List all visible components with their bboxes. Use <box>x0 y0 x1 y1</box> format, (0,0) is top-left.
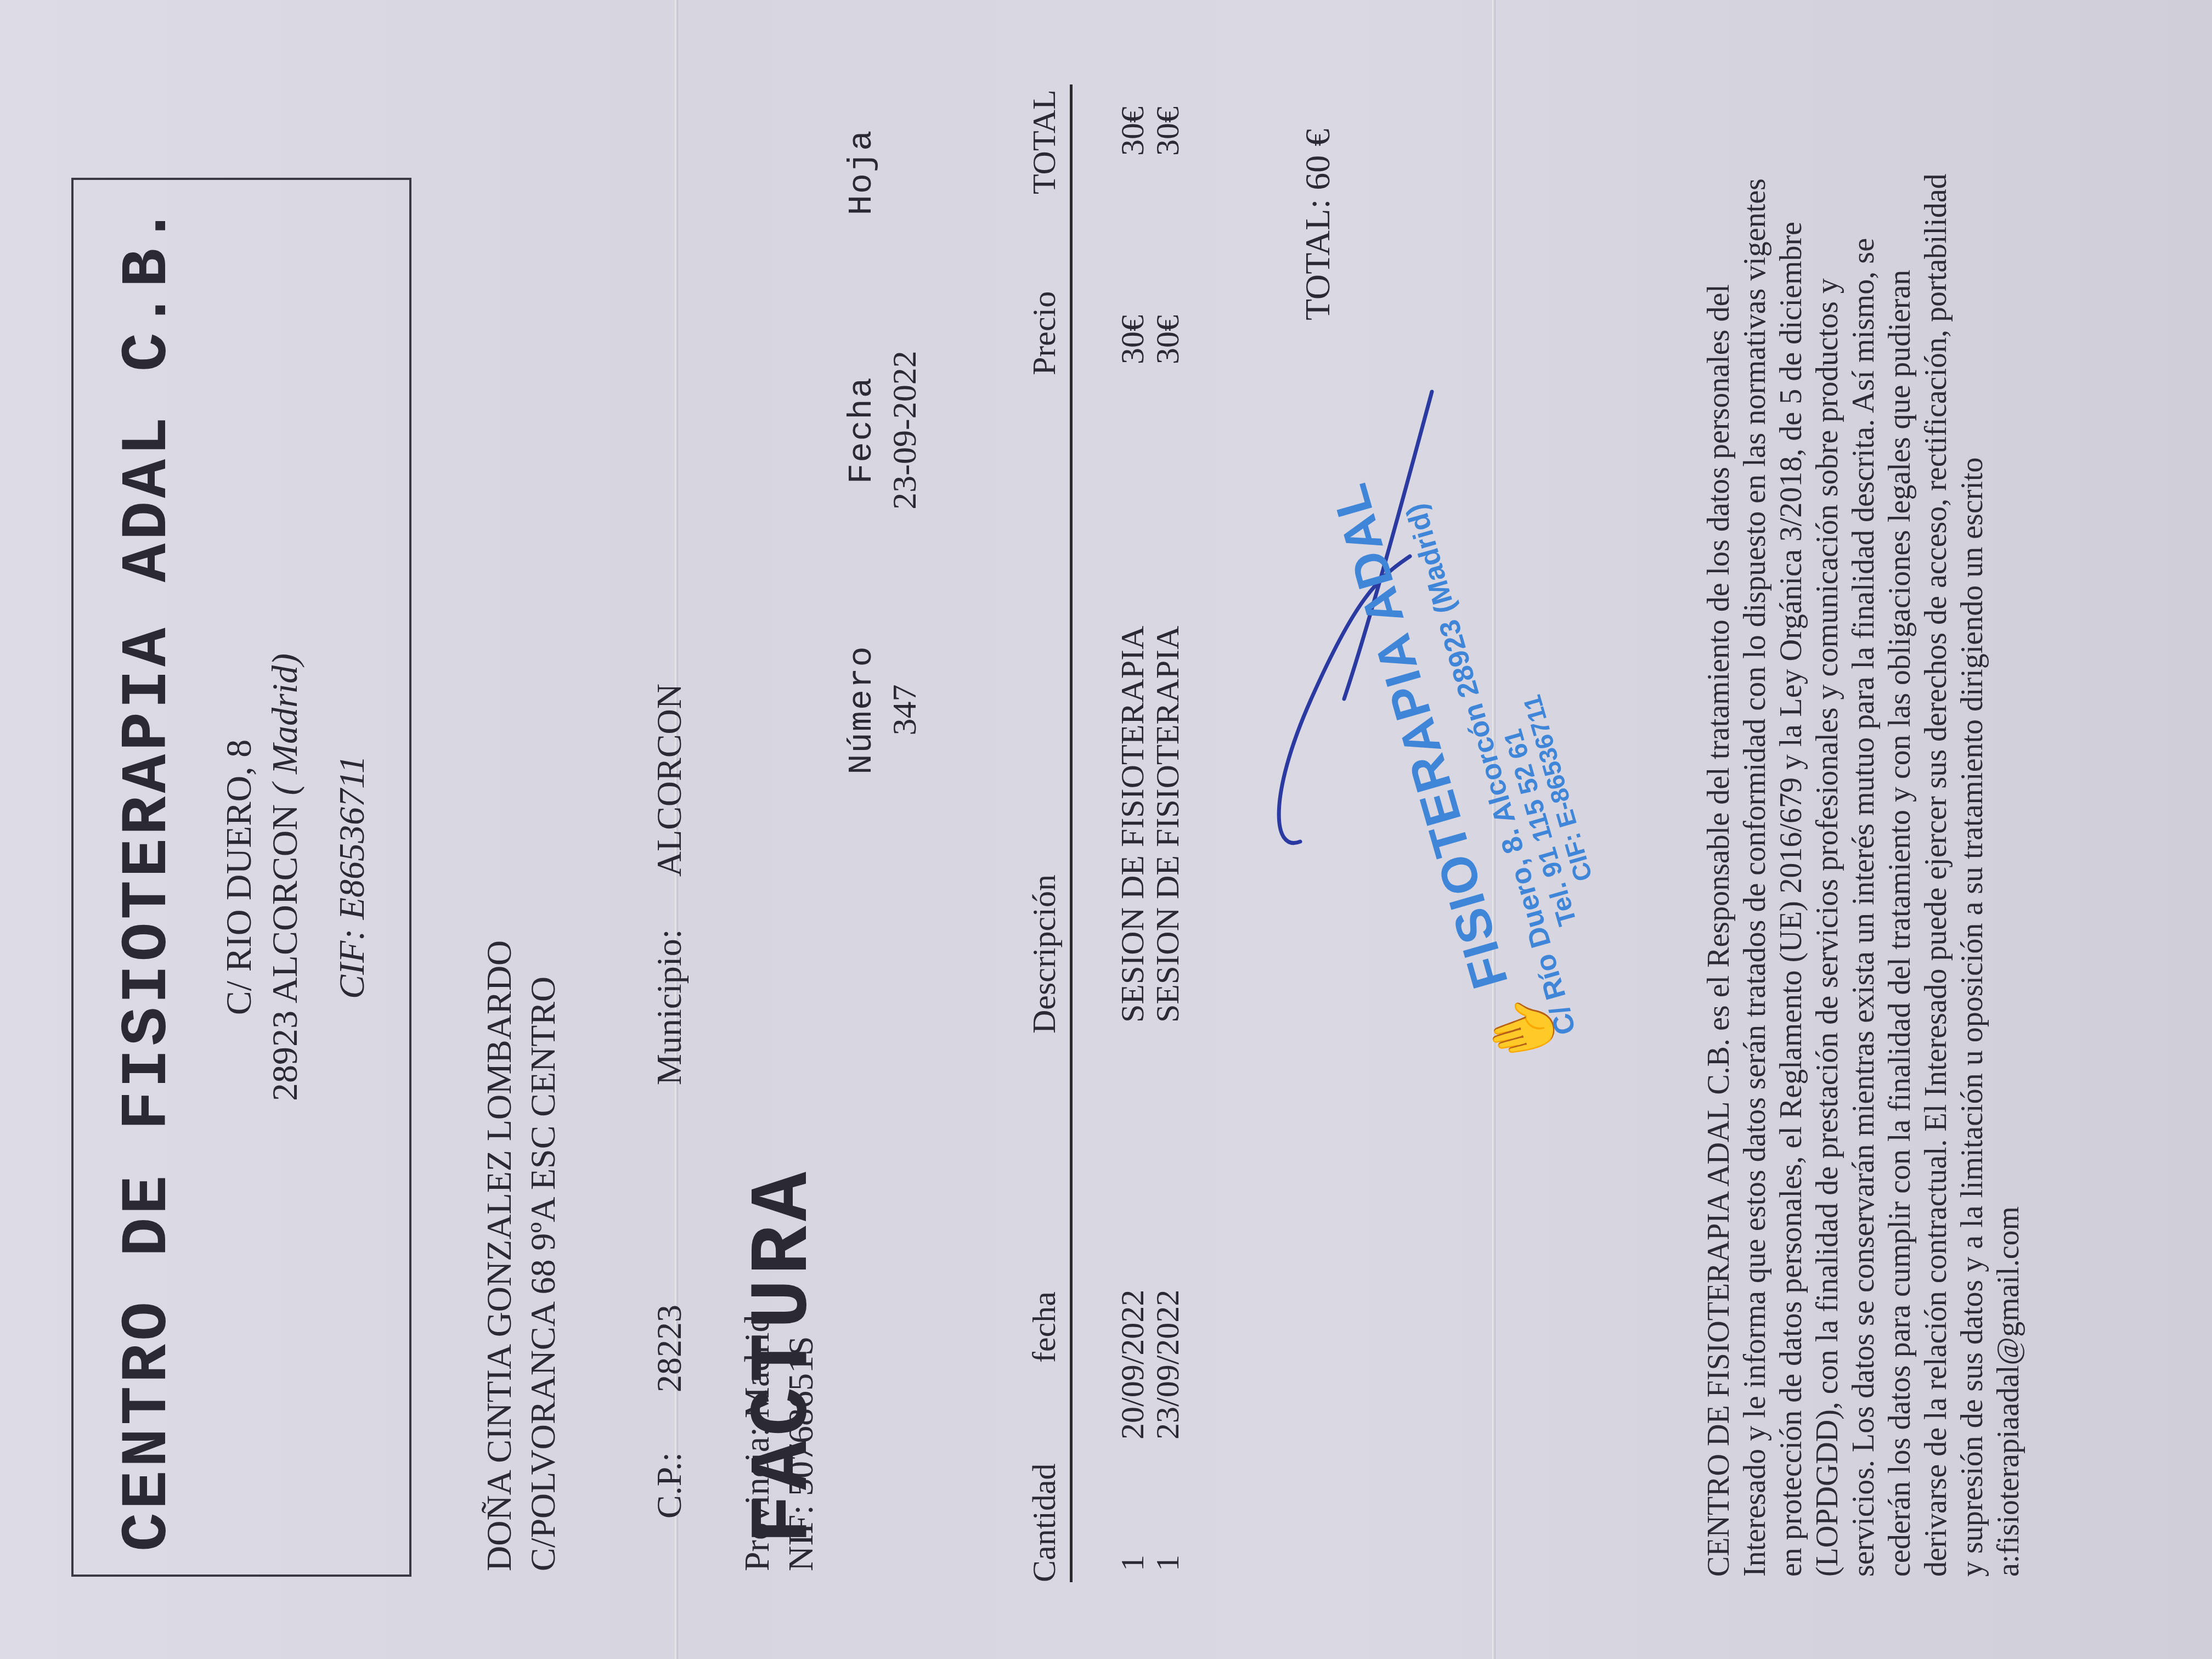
legal-email: a:fisioterapiaadal@gmail.com <box>1990 95 2027 1577</box>
company-province: ( Madrid) <box>265 653 305 795</box>
company-address: C/ RIO DUERO, 8 28923 ALCORCON ( Madrid) <box>216 180 308 1575</box>
row-cantidad: 1 <box>1149 1555 1187 1571</box>
line-items-header: Cantidad fecha Descripción Precio TOTAL <box>1020 84 1073 1582</box>
client-cp-row: C.P.:28223Municipio:ALCORCON <box>603 684 735 1571</box>
grand-total: TOTAL: 60 € <box>1297 129 1338 320</box>
invoice-page: Hoja <box>842 112 885 233</box>
cp-value: 28223 <box>647 1085 691 1392</box>
legal-line: (LOPDGDD), con la finalidad de prestació… <box>1809 95 1846 1577</box>
client-address: C/POLVORANCA 68 9ºA ESC CENTRO <box>521 684 565 1571</box>
row-total: 30€ <box>1114 106 1152 156</box>
client-name: DOÑA CINTIA GONZALEZ LOMBARDO <box>477 684 521 1571</box>
company-cif: CIF: E86536711 <box>331 180 373 1575</box>
legal-notice: CENTRO DE FISIOTERAPIA ADAL C.B. es el R… <box>1701 95 2027 1577</box>
legal-line: CENTRO DE FISIOTERAPIA ADAL C.B. es el R… <box>1701 95 1737 1577</box>
header-fecha: fecha <box>1025 1291 1063 1363</box>
row-descripcion: SESION DE FISIOTERAPIA <box>1149 626 1187 1023</box>
table-row: 1 23/09/2022 SESION DE FISIOTERAPIA 30€ … <box>1149 84 1184 1582</box>
row-fecha: 23/09/2022 <box>1149 1290 1187 1440</box>
legal-line: derivarse de la relación contractual. El… <box>1918 95 1954 1577</box>
row-cantidad: 1 <box>1114 1555 1152 1571</box>
row-precio: 30€ <box>1149 315 1187 364</box>
row-total: 30€ <box>1149 106 1187 156</box>
municipio-value: ALCORCON <box>647 684 691 877</box>
header-cantidad: Cantidad <box>1025 1463 1063 1582</box>
numero-value: 347 <box>885 639 924 781</box>
cp-label: C.P.: <box>647 1392 691 1519</box>
header-descripcion: Descripción <box>1025 874 1063 1034</box>
company-header-box: CENTRO DE FISIOTERAPIA ADAL C.B. C/ RIO … <box>71 178 411 1577</box>
company-postal-city: 28923 ALCORCON <box>265 804 305 1101</box>
company-name: CENTRO DE FISIOTERAPIA ADAL C.B. <box>112 180 185 1575</box>
company-city-line: 28923 ALCORCON ( Madrid) <box>262 180 308 1575</box>
legal-line: cederán los datos para cumplir con la fi… <box>1882 95 1918 1577</box>
fecha-label: Fecha <box>842 315 881 545</box>
document-title: FACTURA <box>738 1167 831 1544</box>
legal-line: y supresión de sus datos y a la limitaci… <box>1954 95 1990 1577</box>
invoice-date: Fecha 23-09-2022 <box>842 315 924 545</box>
table-row: 1 20/09/2022 SESION DE FISIOTERAPIA 30€ … <box>1114 84 1149 1582</box>
header-total: TOTAL <box>1025 89 1063 194</box>
legal-line: Interesado y le informa que estos datos … <box>1737 95 1773 1577</box>
legal-line: servicios. Los datos se conservarán mien… <box>1846 95 1882 1577</box>
invoice-number: Número 347 <box>842 639 924 781</box>
row-fecha: 20/09/2022 <box>1114 1290 1152 1440</box>
numero-label: Número <box>842 639 881 781</box>
row-descripcion: SESION DE FISIOTERAPIA <box>1114 626 1152 1023</box>
legal-line: en protección de datos personales, el Re… <box>1773 95 1809 1577</box>
header-precio: Precio <box>1025 291 1063 375</box>
invoice-sheet: CENTRO DE FISIOTERAPIA ADAL C.B. C/ RIO … <box>0 0 2212 1659</box>
row-precio: 30€ <box>1114 315 1152 364</box>
hoja-label: Hoja <box>842 112 881 233</box>
fecha-value: 23-09-2022 <box>885 315 924 545</box>
company-street: C/ RIO DUERO, 8 <box>216 180 262 1575</box>
municipio-label: Municipio: <box>647 877 691 1085</box>
